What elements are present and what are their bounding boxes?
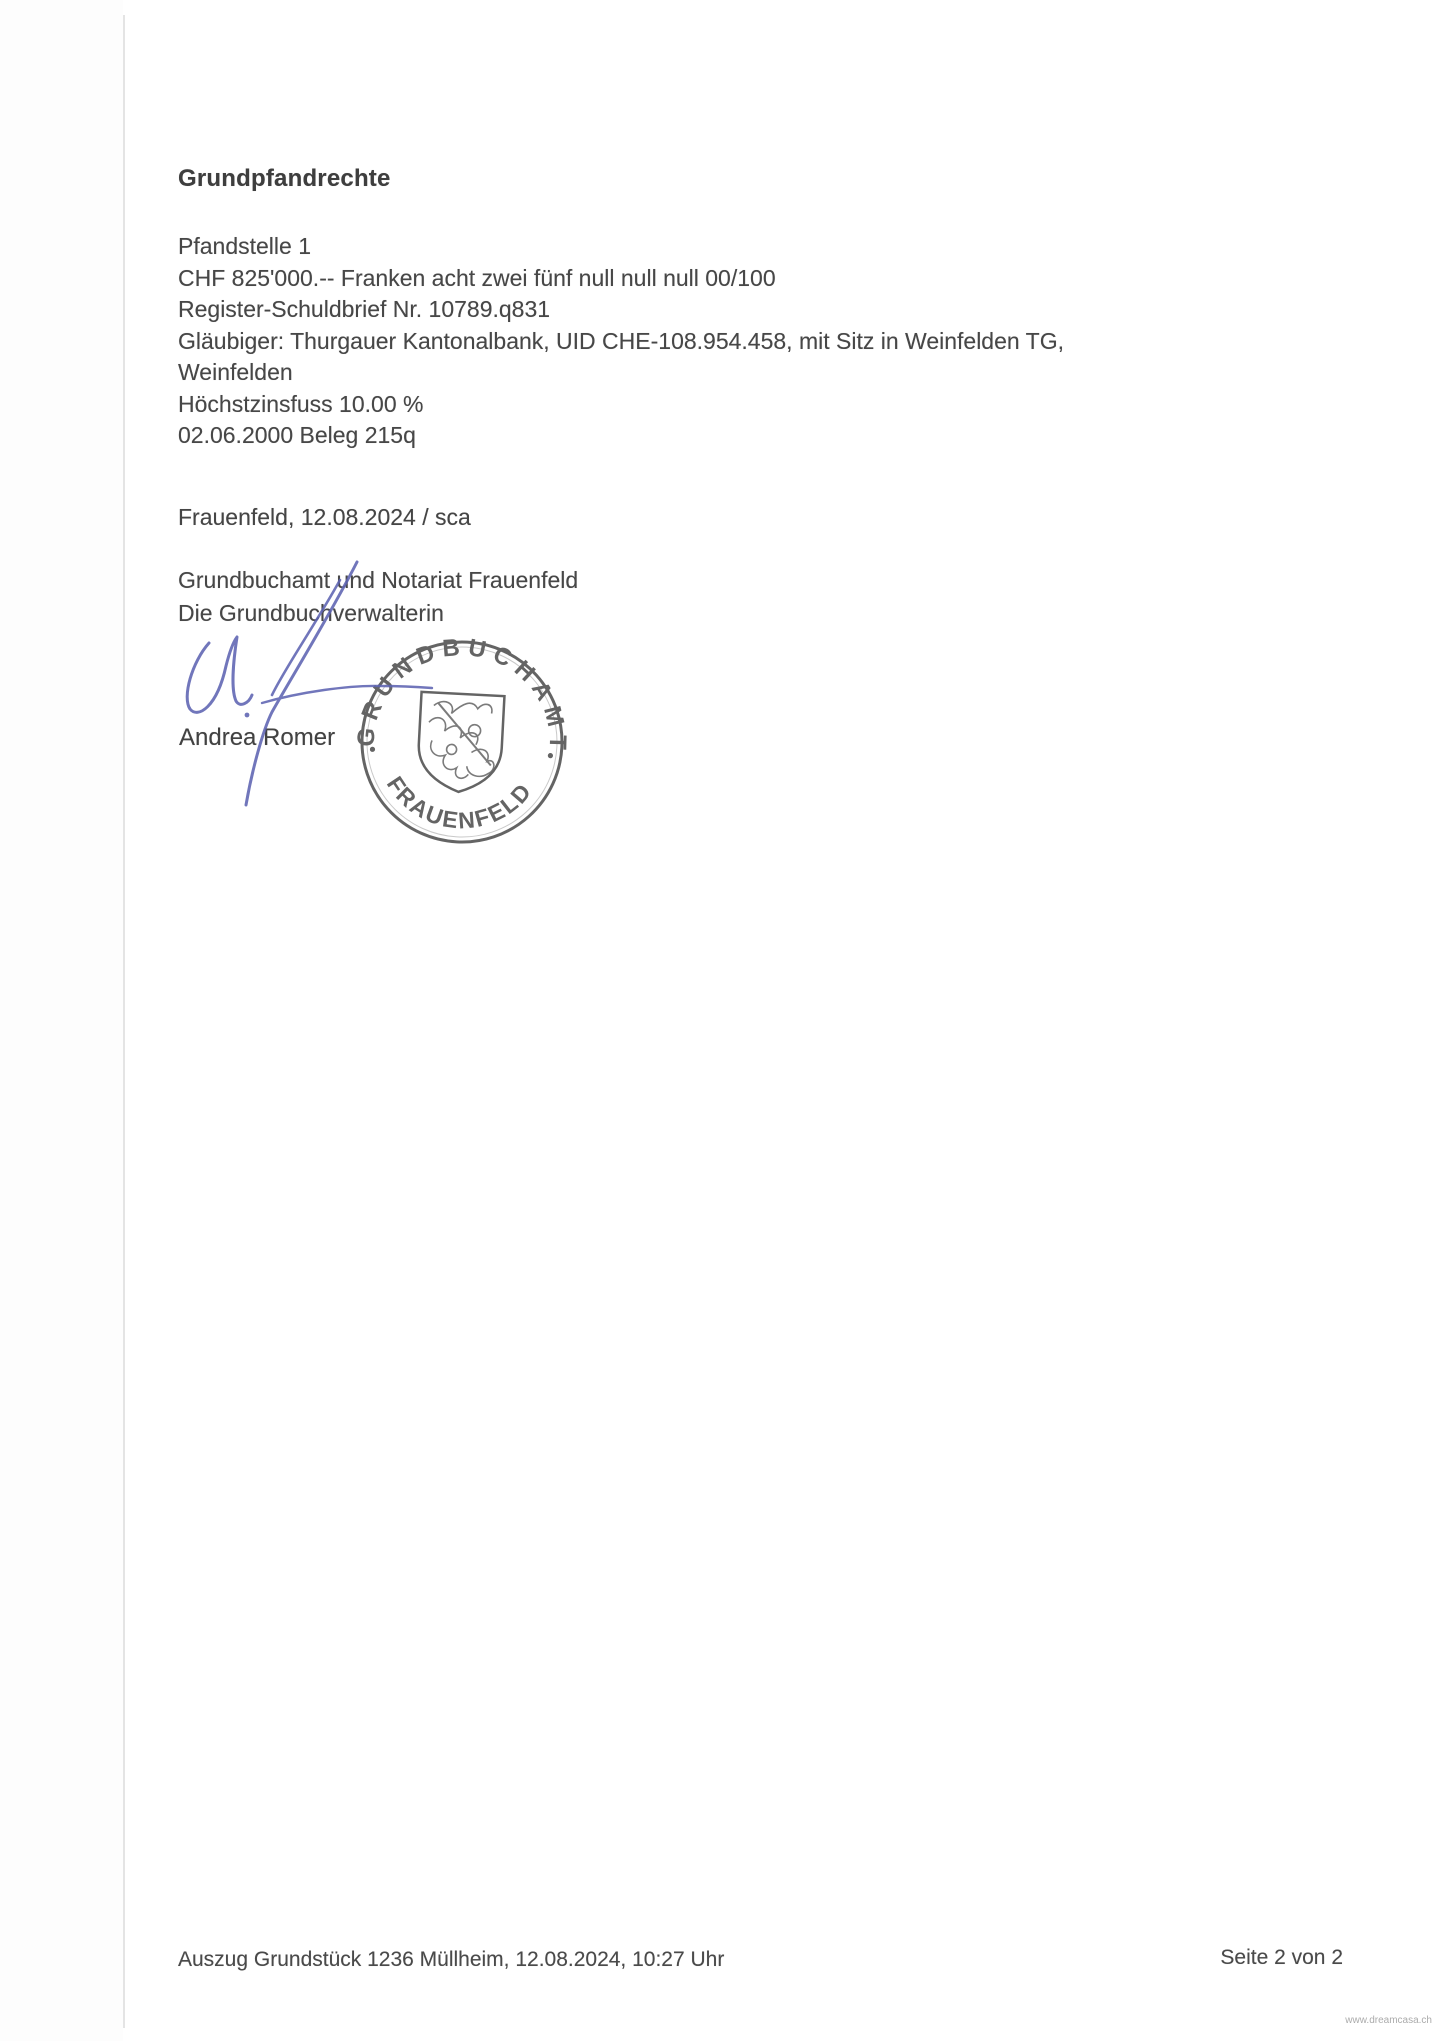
pledge-line-6: Höchstzinsfuss 10.00 %: [178, 389, 1064, 421]
signer-name: Andrea Romer: [179, 724, 335, 752]
office-role-line: Die Grundbuchverwalterin: [178, 597, 578, 630]
stamp-coat-of-arms-lion: [426, 701, 497, 780]
signature-ink-dot: [245, 713, 250, 718]
office-seal-stamp: GRUNDBUCHAMT FRAUENFELD: [346, 626, 577, 857]
footer-extract-info: Auszug Grundstück 1236 Müllheim, 12.08.2…: [178, 1948, 724, 1972]
pledge-line-2: CHF 825'000.-- Franken acht zwei fünf nu…: [178, 263, 1064, 295]
stamp-left-dot: [370, 747, 375, 752]
scanner-margin-strip: [0, 0, 123, 2041]
office-name-line: Grundbuchamt und Notariat Frauenfeld: [178, 564, 578, 597]
pledge-line-7: 02.06.2000 Beleg 215q: [178, 420, 1064, 452]
place-date-line: Frauenfeld, 12.08.2024 / sca: [178, 504, 471, 531]
signature-loop-stroke: [187, 637, 252, 712]
pledge-line-3: Register-Schuldbrief Nr. 10789.q831: [178, 294, 1064, 326]
footer-page-number: Seite 2 von 2: [1220, 1946, 1343, 1970]
scanner-edge-line: [123, 15, 125, 2028]
mortgage-details-block: Pfandstelle 1 CHF 825'000.-- Franken ach…: [178, 231, 1064, 452]
issuing-office-block: Grundbuchamt und Notariat Frauenfeld Die…: [178, 564, 578, 630]
pledge-line-1: Pfandstelle 1: [178, 231, 1064, 263]
footer-watermark: www.dreamcasa.ch: [1345, 2015, 1432, 2026]
pledge-line-4: Gläubiger: Thurgauer Kantonalbank, UID C…: [178, 326, 1064, 358]
pledge-line-5: Weinfelden: [178, 357, 1064, 389]
scanned-document-page: Grundpfandrechte Pfandstelle 1 CHF 825'0…: [0, 0, 1440, 2041]
section-title: Grundpfandrechte: [178, 165, 391, 193]
